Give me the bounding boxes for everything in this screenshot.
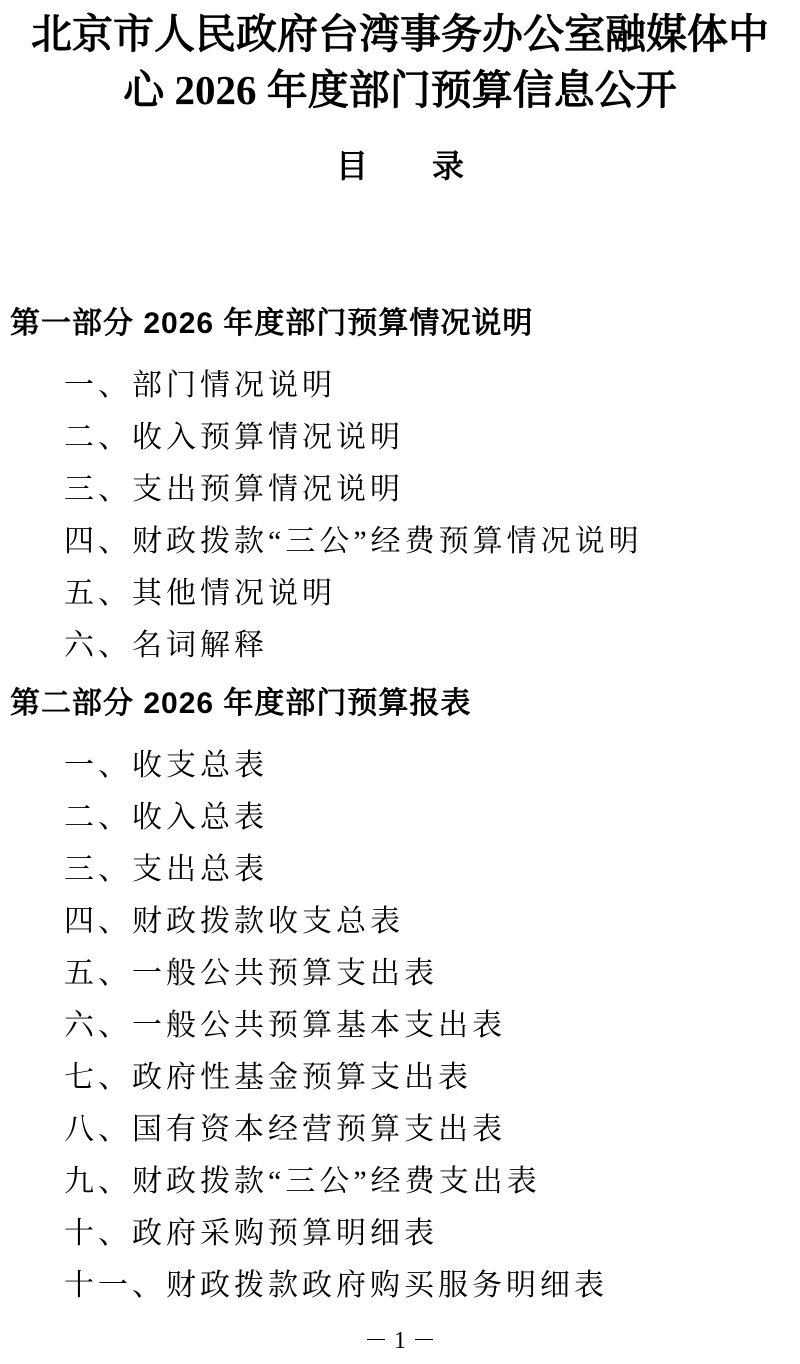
page-number: － 1 － (0, 1326, 800, 1356)
toc-item-part2-3: 三、支出总表 (0, 840, 800, 892)
toc-item-part1-2: 二、收入预算情况说明 (0, 408, 800, 460)
toc-item-part2-2: 二、收入总表 (0, 788, 800, 840)
section-2-heading: 第二部分 2026 年度部门预算报表 (0, 684, 800, 724)
toc-item-part2-5: 五、一般公共预算支出表 (0, 944, 800, 996)
toc-item-part2-6: 六、一般公共预算基本支出表 (0, 996, 800, 1048)
toc-item-part1-4: 四、财政拨款“三公”经费预算情况说明 (0, 512, 800, 564)
toc-item-part2-4: 四、财政拨款收支总表 (0, 892, 800, 944)
document-page: 北京市人民政府台湾事务办公室融媒体中心 2026 年度部门预算信息公开 目 录 … (0, 0, 800, 1364)
toc-item-part2-8: 八、国有资本经营预算支出表 (0, 1100, 800, 1152)
table-of-contents: 第一部分 2026 年度部门预算情况说明 一、部门情况说明 二、收入预算情况说明… (0, 304, 800, 1308)
toc-item-part1-1: 一、部门情况说明 (0, 356, 800, 408)
toc-item-part2-1: 一、收支总表 (0, 736, 800, 788)
toc-item-part1-5: 五、其他情况说明 (0, 564, 800, 616)
toc-item-part2-7: 七、政府性基金预算支出表 (0, 1048, 800, 1100)
toc-item-part2-9: 九、财政拨款“三公”经费支出表 (0, 1152, 800, 1204)
toc-heading: 目 录 (0, 146, 800, 186)
toc-item-part2-11: 十一、财政拨款政府购买服务明细表 (0, 1256, 800, 1308)
section-1-heading: 第一部分 2026 年度部门预算情况说明 (0, 304, 800, 344)
document-title: 北京市人民政府台湾事务办公室融媒体中心 2026 年度部门预算信息公开 (16, 6, 784, 118)
toc-item-part2-10: 十、政府采购预算明细表 (0, 1204, 800, 1256)
toc-item-part1-6: 六、名词解释 (0, 616, 800, 668)
toc-item-part1-3: 三、支出预算情况说明 (0, 460, 800, 512)
